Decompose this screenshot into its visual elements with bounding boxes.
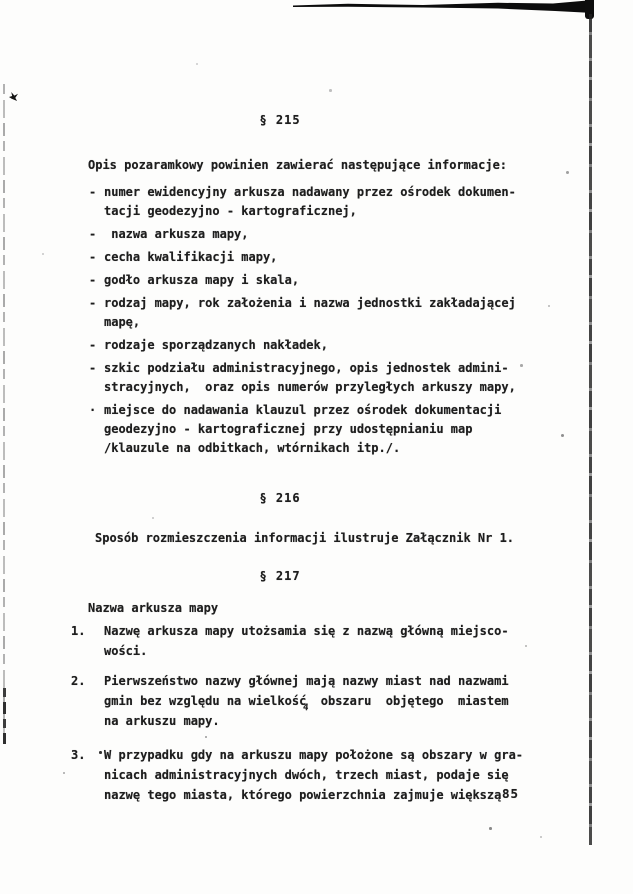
list-item: - numer ewidencyjny arkusza nadawany prz…: [104, 183, 536, 221]
scan-ink-scribble: [9, 92, 18, 101]
scan-top-edge-artifact: [293, 0, 593, 14]
numbered-item: 3. W przypadku gdy na arkuszu mapy położ…: [104, 745, 536, 805]
scan-speckle: [329, 89, 332, 92]
numbered-item: 2. Pierwszeństwo nazwy głównej mają nazw…: [104, 671, 536, 731]
bullet-text: nazwa arkusza mapy,: [104, 225, 249, 244]
scan-speckle: [42, 253, 44, 255]
section-215-heading: § 215: [64, 112, 496, 128]
section-215-intro: Opis pozaramkowy powinien zawierać nastę…: [88, 155, 536, 175]
bullet-text: rodzaj mapy, rok założenia i nazwa jedno…: [104, 294, 516, 332]
scan-right-edge-line: [589, 14, 592, 845]
bullet-marker: -: [89, 271, 104, 290]
bullet-text: szkic podziału administracyjnego, opis j…: [104, 359, 516, 397]
bullet-text: godło arkusza mapy i skala,: [104, 271, 299, 290]
item-text: Nazwę arkusza mapy utożsamia się z nazwą…: [104, 621, 509, 661]
section-216-body: Sposób rozmieszczenia informacji ilustru…: [95, 528, 536, 548]
scanned-document-page: 4 § 215 Opis pozaramkowy powinien zawier…: [0, 0, 633, 894]
bullet-text: numer ewidencyjny arkusza nadawany przez…: [104, 183, 516, 221]
item-text: W przypadku gdy na arkuszu mapy położone…: [104, 745, 523, 805]
bullet-marker: -: [89, 294, 104, 332]
item-number: 3.: [71, 745, 104, 805]
section-217-subheading: Nazwa arkusza mapy: [88, 599, 536, 618]
bullet-text: rodzaje sporządzanych nakładek,: [104, 336, 328, 355]
section-215-bullet-list: - numer ewidencyjny arkusza nadawany prz…: [104, 183, 536, 458]
list-item: - rodzaj mapy, rok założenia i nazwa jed…: [104, 294, 536, 332]
bullet-marker: ·: [89, 401, 104, 458]
page-number: 85: [502, 786, 519, 801]
item-number: 2.: [71, 671, 104, 731]
bullet-marker: -: [89, 225, 104, 244]
bullet-text: miejsce do nadawania klauzul przez ośrod…: [104, 401, 501, 458]
bullet-marker: -: [89, 248, 104, 267]
bullet-text: cecha kwalifikacji mapy,: [104, 248, 277, 267]
scan-speckle: [540, 836, 542, 838]
list-item: - rodzaje sporządzanych nakładek,: [104, 336, 536, 355]
bullet-marker: -: [89, 336, 104, 355]
section-217-numbered-list: 1. Nazwę arkusza mapy utożsamia się z na…: [104, 621, 536, 805]
list-item: - godło arkusza mapy i skala,: [104, 271, 536, 290]
scan-speckle: [566, 171, 569, 174]
item-text: Pierwszeństwo nazwy głównej mają nazwy m…: [104, 671, 509, 731]
list-item: - szkic podziału administracyjnego, opis…: [104, 359, 536, 397]
bullet-marker: -: [89, 359, 104, 397]
list-item: · miejsce do nadawania klauzul przez ośr…: [104, 401, 536, 458]
scan-left-edge-dashes: [3, 688, 6, 744]
numbered-item: 1. Nazwę arkusza mapy utożsamia się z na…: [104, 621, 536, 661]
scan-speckle: [548, 305, 550, 307]
list-item: - cecha kwalifikacji mapy,: [104, 248, 536, 267]
list-item: - nazwa arkusza mapy,: [104, 225, 536, 244]
section-216-heading: § 216: [64, 490, 496, 506]
bullet-marker: -: [89, 183, 104, 221]
scan-speckle: [196, 63, 198, 65]
scan-left-edge-line: [3, 84, 5, 744]
scan-speckle: [561, 434, 564, 437]
document-content: § 215 Opis pozaramkowy powinien zawierać…: [104, 112, 536, 805]
section-217-heading: § 217: [64, 568, 496, 584]
scan-speckle: [489, 827, 492, 830]
item-number: 1.: [71, 621, 104, 661]
scan-speckle: [63, 772, 65, 774]
